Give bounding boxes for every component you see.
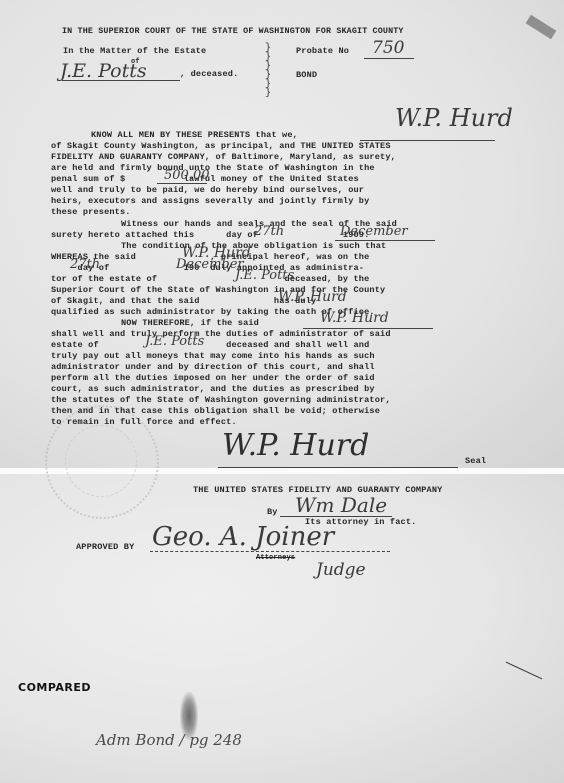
probate-underline [364,58,414,59]
body-line: truly pay out all moneys that may come i… [51,351,375,362]
body-line: then and in that case this obligation sh… [51,406,380,417]
body-line: the statutes of the State of Washington … [51,395,391,406]
signature-line [218,467,458,468]
estate-name-handwritten: J.E. Potts [60,60,147,82]
body-line: court, as such administrator, and the du… [51,384,375,395]
court-heading: IN THE SUPERIOR COURT OF THE STATE OF WA… [62,26,404,37]
principal-name-4-handwritten: W.P. Hurd [320,310,389,326]
attorneys-label: Attorneys [256,553,295,564]
approver-signature: Geo. A. Joiner [152,522,334,552]
body-line: KNOW ALL MEN BY THESE PRESENTS that we, [91,130,298,141]
penal-sum-underline [157,183,207,184]
body-line: NOW THEREFORE, if the said [121,318,259,329]
day-handwritten: 27th [254,224,284,239]
penal-sum-handwritten: 500.00 [164,168,210,183]
estate-name-underline [62,80,180,81]
day-2-handwritten: 27th [70,257,100,272]
seal-label: Seal [465,456,486,467]
body-line: of Skagit, and that the said has duly [51,296,316,307]
body-line: to remain in full force and effect. [51,417,237,428]
compared-stamp: COMPARED [18,681,91,694]
month-handwritten: December [340,224,408,239]
body-line: estate of deceased and shall well and [51,340,369,351]
ledger-note-handwritten: Adm Bond / pg 248 [96,731,242,749]
document-page-bottom [0,474,564,783]
principal-name-handwritten: W.P. Hurd [395,104,513,132]
body-line: these presents. [51,207,131,218]
attorney-signature: Wm Dale [295,493,387,517]
principal-name-3-handwritten: W.P. Hurd [278,289,347,305]
body-line: shall well and truly perform the duties … [51,329,391,340]
matter-line: In the Matter of the Estate [63,46,206,57]
estate-name-2-handwritten: J.E. Potts [235,268,294,283]
body-line: tor of the estate of deceased, by the [51,274,369,285]
deceased-label: , deceased. [180,69,238,80]
body-line: FIDELITY AND GUARANTY COMPANY, of Baltim… [51,152,396,163]
body-line: of Skagit County Washington, as principa… [51,141,391,152]
probate-number: 750 [372,38,404,58]
estate-name-3-handwritten: J.E. Potts [145,334,204,349]
approver-title-handwritten: Judge [316,560,366,580]
body-line: well and truly to be paid, we do hereby … [51,185,364,196]
principal-signature: W.P. Hurd [222,428,369,463]
bond-label: BOND [296,70,317,81]
body-line: administrator under and by direction of … [51,362,375,373]
approved-by-label: APPROVED BY [76,542,134,553]
caption-brace: } } } } } } [265,44,271,98]
month-2-handwritten: December [176,257,244,272]
body-line: are held and firmly bound unto the State… [51,163,375,174]
probate-label: Probate No [296,46,349,57]
approver-signature-line [150,551,390,552]
body-line: heirs, executors and assigns severally a… [51,196,369,207]
body-line: perform all the duties imposed on her un… [51,373,375,384]
body-line: surety hereto attached this day of 1909. [51,230,369,241]
body-line: The condition of the above obligation is… [121,241,386,252]
by-label: By [267,507,278,518]
